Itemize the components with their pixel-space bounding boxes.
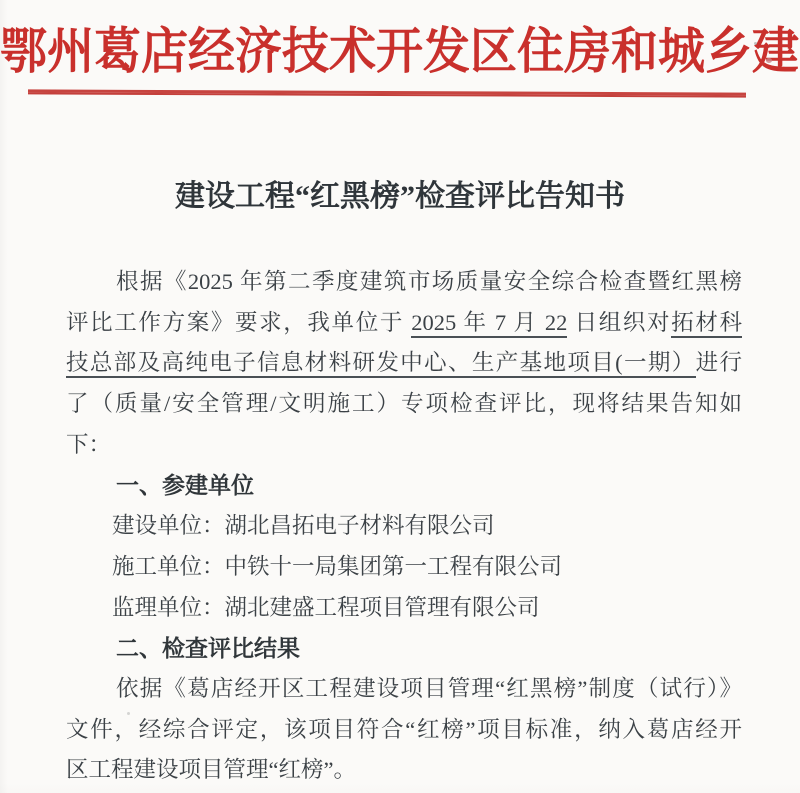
text-segment: 了（质量/安全管理/文明施工）专项检查评比，现将结果告知如 bbox=[66, 391, 742, 416]
paragraph-line: 评比工作方案》要求，我单位于 2025 年 7 月 22 日组织对拓材科 bbox=[66, 303, 742, 344]
scan-speck bbox=[754, 42, 757, 45]
section-heading: 一、参建单位 bbox=[66, 465, 742, 506]
text-segment: 建设单位：湖北昌拓电子材料有限公司 bbox=[112, 513, 495, 538]
underlined-text: 2025 年 7 月 22 bbox=[411, 310, 567, 338]
paragraph-line: 根据《2025 年第二季度建筑市场质量安全综合检查暨红黑榜 bbox=[66, 262, 742, 303]
text-segment: 一、参建单位 bbox=[116, 472, 254, 498]
unit-item: 建设单位：湖北昌拓电子材料有限公司 bbox=[66, 506, 742, 547]
underlined-text: 拓材科 bbox=[671, 310, 742, 338]
text-segment: 区工程建设项目管理“红榜”。 bbox=[66, 757, 356, 782]
paragraph-line: 区工程建设项目管理“红榜”。 bbox=[66, 750, 742, 791]
letterhead-title: 鄂州葛店经济技术开发区住房和城乡建设局 bbox=[0, 8, 800, 96]
section-heading: 二、检查评比结果 bbox=[66, 628, 742, 669]
scan-speck bbox=[127, 712, 130, 715]
text-segment: 下： bbox=[66, 432, 111, 457]
text-segment: 二、检查评比结果 bbox=[116, 635, 300, 661]
text-segment: 文件，经综合评定，该项目符合“红榜”项目标准，纳入葛店经开 bbox=[66, 717, 742, 742]
text-segment: 施工单位：中铁十一局集团第一工程有限公司 bbox=[112, 554, 562, 579]
text-segment: 监理单位：湖北建盛工程项目管理有限公司 bbox=[112, 595, 540, 620]
document-page: 鄂州葛店经济技术开发区住房和城乡建设局 建设工程“红黑榜”检查评比告知书 根据《… bbox=[0, 0, 800, 793]
scan-speck bbox=[766, 58, 772, 63]
text-segment: 依据《葛店经开区工程建设项目管理“红黑榜”制度（试行）》 bbox=[116, 676, 742, 701]
text-segment: 日组织对 bbox=[567, 310, 671, 335]
text-segment: 评比工作方案》要求，我单位于 bbox=[66, 310, 411, 335]
unit-item: 施工单位：中铁十一局集团第一工程有限公司 bbox=[66, 547, 742, 588]
paragraph-line: 了（质量/安全管理/文明施工）专项检查评比，现将结果告知如 bbox=[66, 384, 742, 425]
paragraph-line: 下： bbox=[66, 425, 742, 466]
text-segment: 根据《2025 年第二季度建筑市场质量安全综合检查暨红黑榜 bbox=[116, 269, 742, 294]
underlined-text: 技总部及高纯电子信息材料研发中心、生产基地项目(一期） bbox=[66, 350, 696, 378]
paragraph-line: 文件，经综合评定，该项目符合“红榜”项目标准，纳入葛店经开 bbox=[66, 710, 742, 751]
document-title: 建设工程“红黑榜”检查评比告知书 bbox=[0, 178, 800, 216]
document-body: 根据《2025 年第二季度建筑市场质量安全综合检查暨红黑榜评比工作方案》要求，我… bbox=[66, 262, 742, 791]
paragraph-line: 依据《葛店经开区工程建设项目管理“红黑榜”制度（试行）》 bbox=[66, 669, 742, 710]
text-segment: 进行 bbox=[696, 350, 742, 375]
paragraph-line: 技总部及高纯电子信息材料研发中心、生产基地项目(一期）进行 bbox=[66, 343, 742, 384]
unit-item: 监理单位：湖北建盛工程项目管理有限公司 bbox=[66, 588, 742, 629]
